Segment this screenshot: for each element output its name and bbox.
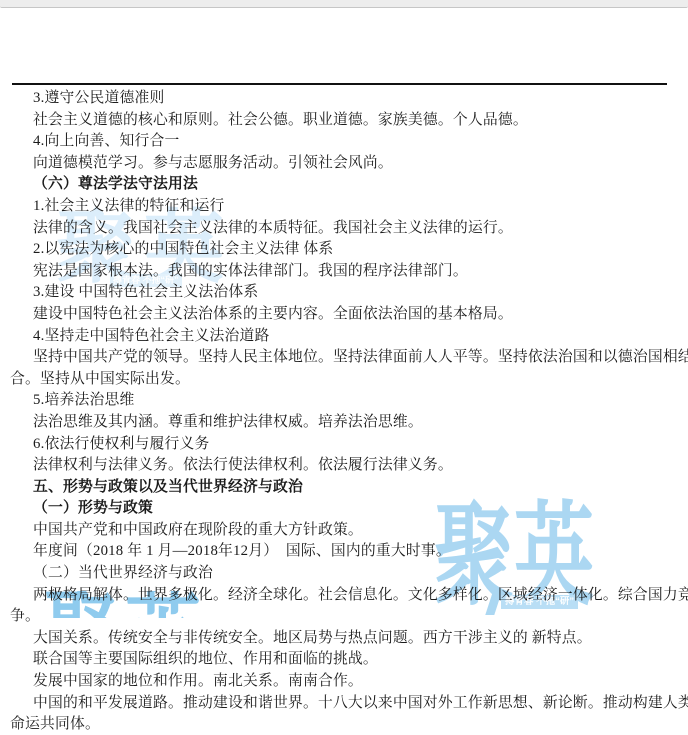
text-line: 3.建设 中国特色社会主义法治体系	[10, 282, 688, 304]
text-line: 向道德模范学习。参与志愿服务活动。引领社会风尚。	[10, 153, 688, 175]
text-line: 命运共同体。	[10, 714, 688, 735]
text-line: 法律权利与法律义务。依法行使法律权利。依法履行法律义务。	[10, 455, 688, 477]
text-line: 1.社会主义法律的特征和运行	[10, 196, 688, 218]
text-line: 合。坚持从中国实际出发。	[10, 369, 688, 391]
text-line: 宪法是国家根本法。我国的实体法律部门。我国的程序法律部门。	[10, 261, 688, 283]
header-rule	[12, 83, 667, 85]
text-line: 法治思维及其内涵。尊重和维护法律权威。培养法治思维。	[10, 412, 688, 434]
text-line: （六）尊法学法守法用法	[10, 174, 688, 196]
text-line: 3.遵守公民道德准则	[10, 88, 688, 110]
text-line: 五、形势与政策以及当代世界经济与政治	[10, 477, 688, 499]
text-line: 4.向上向善、知行合一	[10, 131, 688, 153]
text-line: 2.以宪法为核心的中国特色社会主义法律 体系	[10, 239, 688, 261]
text-line: 6.依法行使权利与履行义务	[10, 434, 688, 456]
text-line: 争。	[10, 606, 688, 628]
text-line: 大国关系。传统安全与非传统安全。地区局势与热点问题。西方干涉主义的 新特点。	[10, 628, 688, 650]
text-line: 联合国等主要国际组织的地位、作用和面临的挑战。	[10, 649, 688, 671]
text-line: 5.培养法治思维	[10, 390, 688, 412]
text-line: 4.坚持走中国特色社会主义法治道路	[10, 326, 688, 348]
text-line: 发展中国家的地位和作用。南北关系。南南合作。	[10, 671, 688, 693]
text-line: 中国的和平发展道路。推动建设和谐世界。十八大以来中国对外工作新思想、新论断。推动…	[10, 693, 688, 715]
document-body: 3.遵守公民道德准则社会主义道德的核心和原则。社会公德。职业道德。家族美德。个人…	[10, 88, 688, 735]
text-line: 中国共产党和中国政府在现阶段的重大方针政策。	[10, 520, 688, 542]
text-line: 两极格局解体。世界多极化。经济全球化。社会信息化。文化多样化。区域经济一体化。综…	[10, 585, 688, 607]
text-line: 年度间（2018 年 1 月—2018年12月） 国际、国内的重大时事。	[10, 541, 688, 563]
text-line: 社会主义道德的核心和原则。社会公德。职业道德。家族美德。个人品德。	[10, 110, 688, 132]
text-line: 坚持中国共产党的领导。坚持人民主体地位。坚持法律面前人人平等。坚持依法治国和以德…	[10, 347, 688, 369]
text-line: （一）形势与政策	[10, 498, 688, 520]
top-scrollbar[interactable]	[0, 0, 688, 8]
text-line: （二）当代世界经济与政治	[10, 563, 688, 585]
text-line: 建设中国特色社会主义法治体系的主要内容。全面依法治国的基本格局。	[10, 304, 688, 326]
text-line: 法律的含义。我国社会主义法律的本质特征。我国社会主义法律的运行。	[10, 218, 688, 240]
